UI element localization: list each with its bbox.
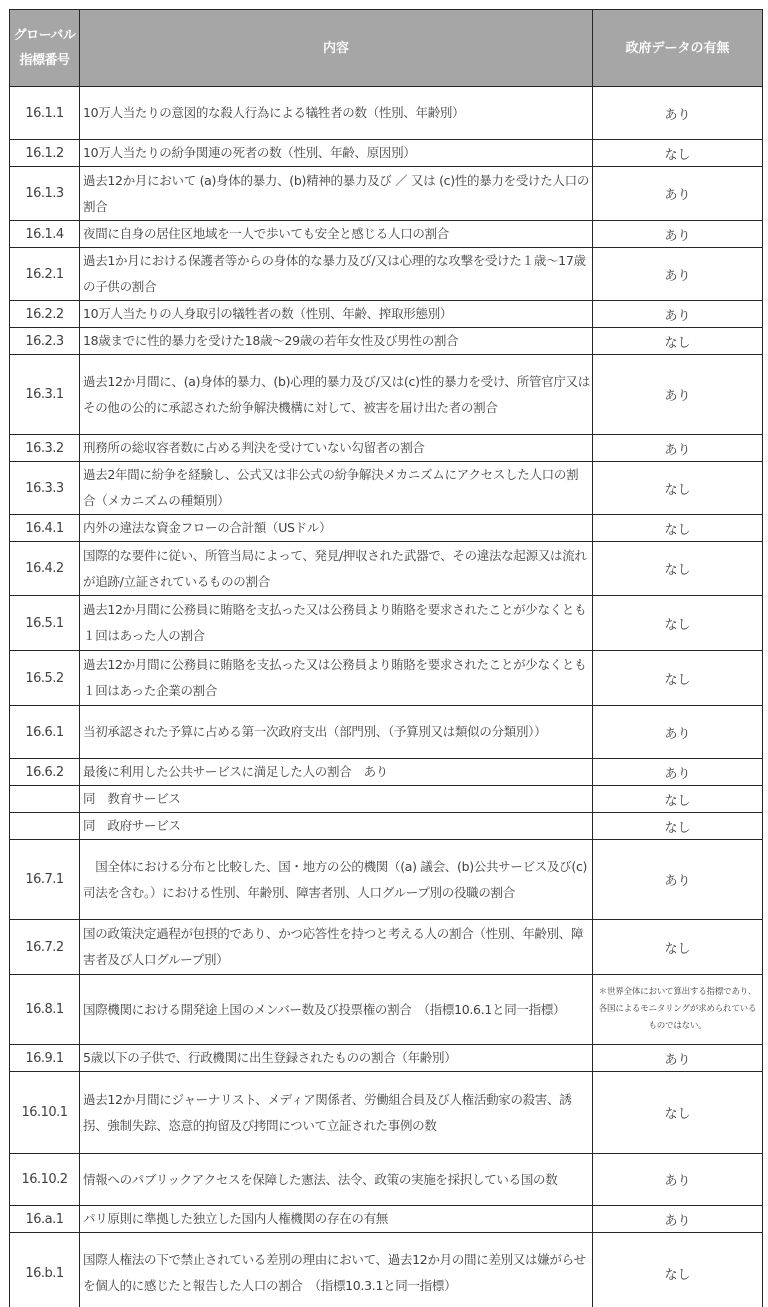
indicator-content: 国全体における分布と比較した、国・地方の公的機関（(a) 議会、(b)公共サービ…	[80, 840, 593, 920]
indicator-number: 16.4.2	[10, 542, 80, 596]
indicator-content: 18歳までに性的暴力を受けた18歳～29歳の若年女性及び男性の割合	[80, 328, 593, 355]
indicator-number: 16.5.1	[10, 596, 80, 651]
table-row: 16.6.2最後に利用した公共サービスに満足した人の割合 ありあり	[10, 759, 763, 786]
gov-data-status: あり	[593, 355, 763, 435]
indicator-content: 過去1か月における保護者等からの身体的な暴力及び/又は心理的な攻撃を受けた１歳～…	[80, 248, 593, 301]
table-row: 16.10.1過去12か月間にジャーナリスト、メディア関係者、労働組合員及び人権…	[10, 1072, 763, 1154]
gov-data-status: なし	[593, 1233, 763, 1307]
table-row: 16.7.1 国全体における分布と比較した、国・地方の公的機関（(a) 議会、(…	[10, 840, 763, 920]
indicator-number: 16.4.1	[10, 515, 80, 542]
indicator-number: 16.8.1	[10, 975, 80, 1045]
indicator-number: 16.2.3	[10, 328, 80, 355]
gov-data-status: あり	[593, 706, 763, 759]
indicator-content: 過去12か月間にジャーナリスト、メディア関係者、労働組合員及び人権活動家の殺害、…	[80, 1072, 593, 1154]
indicator-content: 当初承認された予算に占める第一次政府支出（部門別、（予算別又は類似の分類別））	[80, 706, 593, 759]
indicator-number: 16.6.2	[10, 759, 80, 786]
indicator-content: 過去12か月間に公務員に賄賂を支払った又は公務員より賄賂を要求されたことが少なく…	[80, 651, 593, 706]
indicator-number: 16.3.2	[10, 435, 80, 462]
table-row: 16.4.2国際的な要件に従い、所管当局によって、発見/押収された武器で、その違…	[10, 542, 763, 596]
gov-data-status: なし	[593, 515, 763, 542]
table-row: 16.5.1過去12か月間に公務員に賄賂を支払った又は公務員より賄賂を要求された…	[10, 596, 763, 651]
indicator-table: グローバル指標番号 内容 政府データの有無 16.1.110万人当たりの意図的な…	[9, 9, 763, 1307]
table-row: 16.3.1過去12か月間に、(a)身体的暴力、(b)心理的暴力及び/又は(c)…	[10, 355, 763, 435]
table-row: 16.1.210万人当たりの紛争関連の死者の数（性別、年齢、原因別）なし	[10, 140, 763, 167]
indicator-number: 16.1.4	[10, 221, 80, 248]
indicator-content: 同 教育サービス	[80, 786, 593, 813]
indicator-number: 16.3.3	[10, 462, 80, 515]
gov-data-status: なし	[593, 813, 763, 840]
table-row: 16.3.2刑務所の総収容者数に占める判決を受けていない勾留者の割合あり	[10, 435, 763, 462]
indicator-content: 国際機関における開発途上国のメンバー数及び投票権の割合 （指標10.6.1と同一…	[80, 975, 593, 1045]
table-row: 16.4.1内外の違法な資金フローの合計額（USドル）なし	[10, 515, 763, 542]
gov-data-status: なし	[593, 920, 763, 975]
table-row: 16.1.3過去12か月において (a)身体的暴力、(b)精神的暴力及び ／ 又…	[10, 167, 763, 221]
indicator-number: 16.2.2	[10, 301, 80, 328]
gov-data-status: なし	[593, 140, 763, 167]
indicator-content: 刑務所の総収容者数に占める判決を受けていない勾留者の割合	[80, 435, 593, 462]
indicator-content: 内外の違法な資金フローの合計額（USドル）	[80, 515, 593, 542]
table-row: 同 教育サービスなし	[10, 786, 763, 813]
table-row: 16.9.15歳以下の子供で、行政機関に出生登録されたものの割合（年齢別）あり	[10, 1045, 763, 1072]
indicator-content: 国際的な要件に従い、所管当局によって、発見/押収された武器で、その違法な起源又は…	[80, 542, 593, 596]
gov-data-status: なし	[593, 1072, 763, 1154]
indicator-number: 16.7.2	[10, 920, 80, 975]
table-row: 16.6.1当初承認された予算に占める第一次政府支出（部門別、（予算別又は類似の…	[10, 706, 763, 759]
table-row: 16.5.2過去12か月間に公務員に賄賂を支払った又は公務員より賄賂を要求された…	[10, 651, 763, 706]
gov-data-status: あり	[593, 759, 763, 786]
table-row: 16.b.1国際人権法の下で禁止されている差別の理由において、過去12か月の間に…	[10, 1233, 763, 1307]
indicator-content: 国の政策決定過程が包摂的であり、かつ応答性を持つと考える人の割合（性別、年齢別、…	[80, 920, 593, 975]
gov-data-status: あり	[593, 1154, 763, 1206]
gov-data-status: あり	[593, 87, 763, 140]
indicator-number: 16.10.2	[10, 1154, 80, 1206]
gov-data-status: あり	[593, 840, 763, 920]
gov-data-status: あり	[593, 1045, 763, 1072]
indicator-number: 16.b.1	[10, 1233, 80, 1307]
indicator-number	[10, 813, 80, 840]
table-row: 16.2.210万人当たりの人身取引の犠牲者の数（性別、年齢、搾取形態別）あり	[10, 301, 763, 328]
gov-data-status: あり	[593, 167, 763, 221]
table-row: 16.2.318歳までに性的暴力を受けた18歳～29歳の若年女性及び男性の割合な…	[10, 328, 763, 355]
indicator-number: 16.1.1	[10, 87, 80, 140]
table-row: 16.a.1パリ原則に準拠した独立した国内人権機関の存在の有無あり	[10, 1206, 763, 1233]
indicator-content: 10万人当たりの人身取引の犠牲者の数（性別、年齢、搾取形態別）	[80, 301, 593, 328]
table-body: 16.1.110万人当たりの意図的な殺人行為による犠牲者の数（性別、年齢別）あり…	[10, 87, 763, 1307]
indicator-number: 16.7.1	[10, 840, 80, 920]
table-row: 16.8.1国際機関における開発途上国のメンバー数及び投票権の割合 （指標10.…	[10, 975, 763, 1045]
gov-data-note: ＊世界全体において算出する指標であり、各国によるモニタリングが求められているもの…	[593, 975, 763, 1045]
gov-data-status: あり	[593, 301, 763, 328]
indicator-content: 過去12か月間に公務員に賄賂を支払った又は公務員より賄賂を要求されたことが少なく…	[80, 596, 593, 651]
indicator-number: 16.6.1	[10, 706, 80, 759]
gov-data-status: あり	[593, 221, 763, 248]
indicator-number: 16.9.1	[10, 1045, 80, 1072]
indicator-number: 16.5.2	[10, 651, 80, 706]
indicator-number: 16.10.1	[10, 1072, 80, 1154]
indicator-content: 過去12か月において (a)身体的暴力、(b)精神的暴力及び ／ 又は (c)性…	[80, 167, 593, 221]
table-row: 16.10.2情報へのパブリックアクセスを保障した憲法、法令、政策の実施を採択し…	[10, 1154, 763, 1206]
indicator-content: 過去2年間に紛争を経験し、公式又は非公式の紛争解決メカニズムにアクセスした人口の…	[80, 462, 593, 515]
gov-data-status: なし	[593, 462, 763, 515]
table-row: 16.1.110万人当たりの意図的な殺人行為による犠牲者の数（性別、年齢別）あり	[10, 87, 763, 140]
gov-data-status: あり	[593, 248, 763, 301]
indicator-number: 16.2.1	[10, 248, 80, 301]
indicator-content: 5歳以下の子供で、行政機関に出生登録されたものの割合（年齢別）	[80, 1045, 593, 1072]
indicator-content: 情報へのパブリックアクセスを保障した憲法、法令、政策の実施を採択している国の数	[80, 1154, 593, 1206]
gov-data-status: あり	[593, 435, 763, 462]
indicator-content: 過去12か月間に、(a)身体的暴力、(b)心理的暴力及び/又は(c)性的暴力を受…	[80, 355, 593, 435]
indicator-number	[10, 786, 80, 813]
indicator-number: 16.3.1	[10, 355, 80, 435]
header-row: グローバル指標番号 内容 政府データの有無	[10, 10, 763, 87]
table-row: 16.1.4夜間に自身の居住区地域を一人で歩いても安全と感じる人口の割合あり	[10, 221, 763, 248]
indicator-number: 16.1.3	[10, 167, 80, 221]
table-row: 16.7.2国の政策決定過程が包摂的であり、かつ応答性を持つと考える人の割合（性…	[10, 920, 763, 975]
indicator-content: パリ原則に準拠した独立した国内人権機関の存在の有無	[80, 1206, 593, 1233]
indicator-number: 16.a.1	[10, 1206, 80, 1233]
indicator-number: 16.1.2	[10, 140, 80, 167]
table-row: 同 政府サービスなし	[10, 813, 763, 840]
indicator-content: 10万人当たりの紛争関連の死者の数（性別、年齢、原因別）	[80, 140, 593, 167]
header-content: 内容	[80, 10, 593, 87]
indicator-content: 国際人権法の下で禁止されている差別の理由において、過去12か月の間に差別又は嫌が…	[80, 1233, 593, 1307]
gov-data-status: なし	[593, 596, 763, 651]
gov-data-status: なし	[593, 542, 763, 596]
header-indicator-number: グローバル指標番号	[10, 10, 80, 87]
indicator-content: 同 政府サービス	[80, 813, 593, 840]
gov-data-status: なし	[593, 328, 763, 355]
indicator-content: 最後に利用した公共サービスに満足した人の割合 あり	[80, 759, 593, 786]
gov-data-status: なし	[593, 651, 763, 706]
indicator-content: 夜間に自身の居住区地域を一人で歩いても安全と感じる人口の割合	[80, 221, 593, 248]
header-gov-data: 政府データの有無	[593, 10, 763, 87]
table-row: 16.3.3過去2年間に紛争を経験し、公式又は非公式の紛争解決メカニズムにアクセ…	[10, 462, 763, 515]
gov-data-status: あり	[593, 1206, 763, 1233]
table-row: 16.2.1過去1か月における保護者等からの身体的な暴力及び/又は心理的な攻撃を…	[10, 248, 763, 301]
gov-data-status: なし	[593, 786, 763, 813]
indicator-content: 10万人当たりの意図的な殺人行為による犠牲者の数（性別、年齢別）	[80, 87, 593, 140]
